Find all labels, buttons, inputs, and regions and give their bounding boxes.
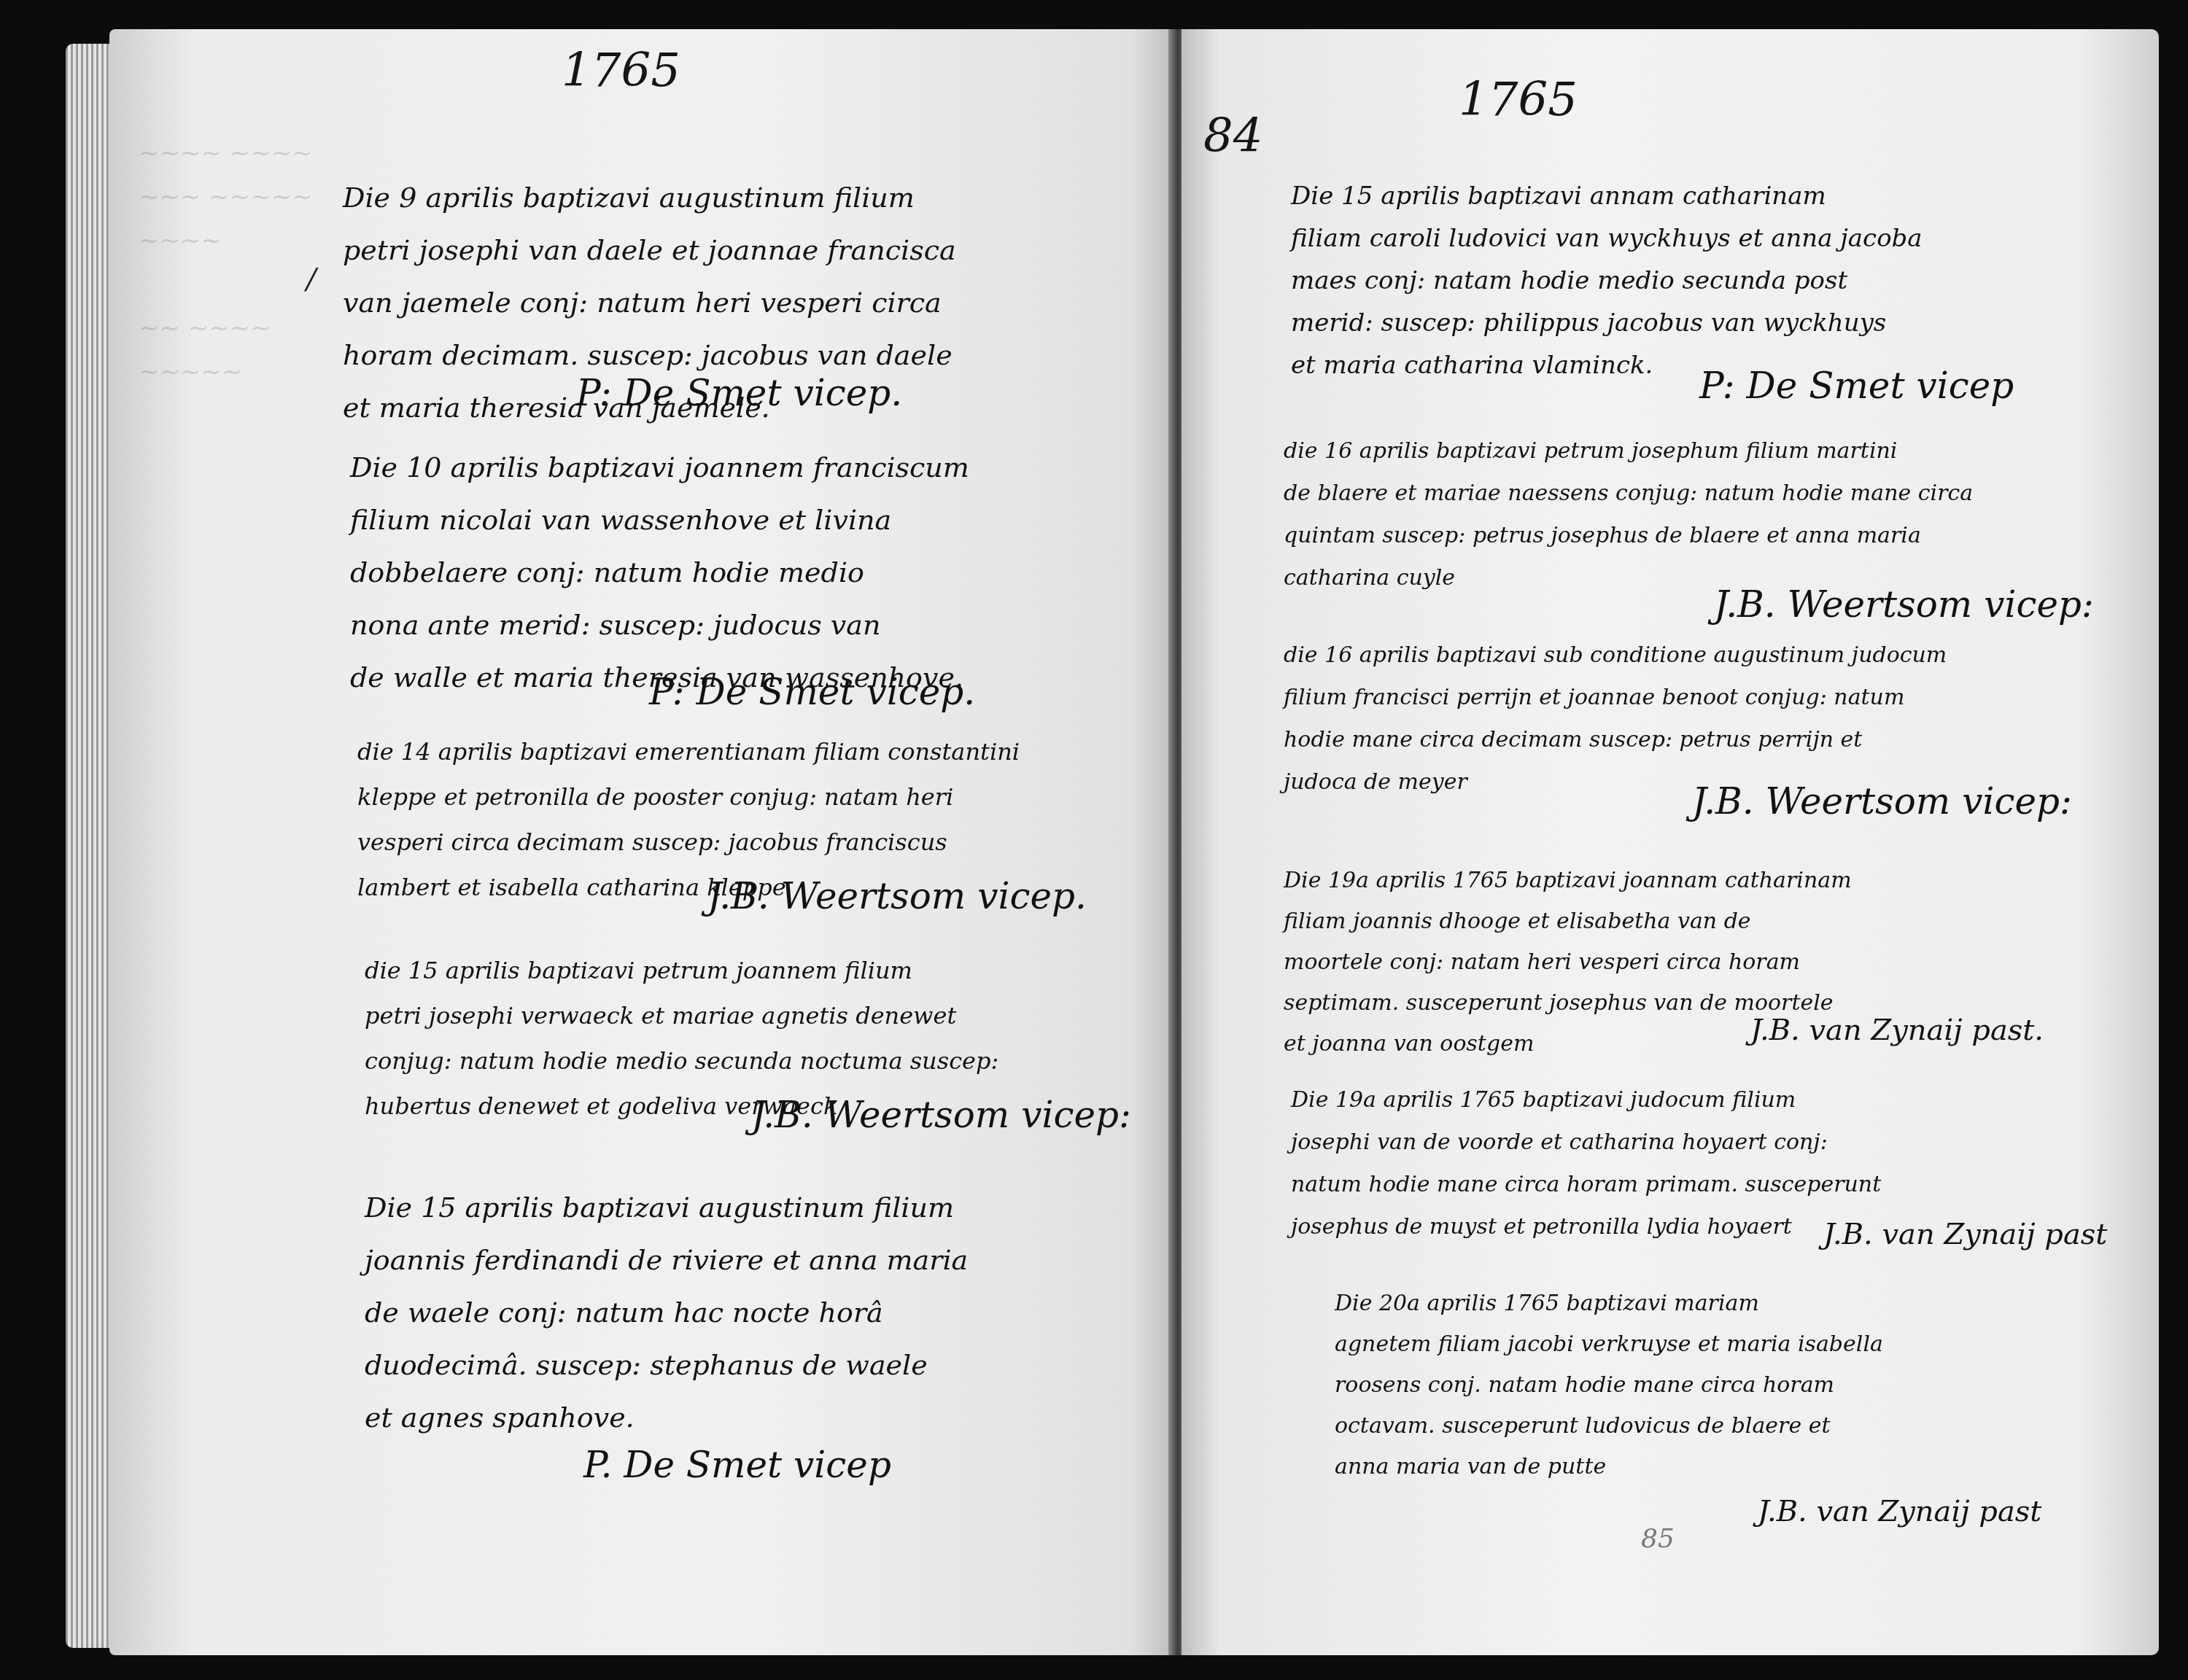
entry-9-signature: J.B. van Zynaij past. <box>1750 1014 2044 1047</box>
left-page: 1765 ~~~~ ~~~~~~~ ~~~~~~~~~~~ ~~~~~~~~~ … <box>109 29 1174 1655</box>
page-number: 84 <box>1203 109 1262 163</box>
baptism-entry-5: Die 15 aprilis baptizavi augustinum fili… <box>365 1181 968 1444</box>
entry-5-signature: P. De Smet vicep <box>583 1444 891 1486</box>
entry-4-signature: J.B. Weertsom vicep: <box>751 1094 1131 1136</box>
entry-3-signature: J.B. Weertsom vicep. <box>707 875 1087 917</box>
entry-6-signature: P: De Smet vicep <box>1699 365 2014 407</box>
open-register-book: 1765 ~~~~ ~~~~~~~ ~~~~~~~~~~~ ~~~~~~~~~ … <box>66 29 2166 1662</box>
right-page: 84 1765 Die 15 aprilis baptizavi annam c… <box>1182 29 2159 1655</box>
entry-8-signature: J.B. Weertsom vicep: <box>1692 780 2072 822</box>
entry-10-signature: J.B. van Zynaij past <box>1823 1218 2107 1251</box>
baptism-entry-2: Die 10 aprilis baptizavi joannem francis… <box>350 441 969 704</box>
left-page-year: 1765 <box>562 44 680 98</box>
footer-page-number: 85 <box>1641 1524 1675 1554</box>
entry-2-signature: P: De Smet vicep. <box>649 671 975 713</box>
right-page-year: 1765 <box>1459 73 1578 127</box>
baptism-entry-8: die 16 aprilis baptizavi sub conditione … <box>1284 634 1947 804</box>
baptism-entry-11: Die 20a aprilis 1765 baptizavi mariam ag… <box>1335 1283 1883 1487</box>
baptism-entry-6: Die 15 aprilis baptizavi annam catharina… <box>1291 175 1923 386</box>
margin-mark: / <box>306 262 316 296</box>
entry-1-signature: P: De Smet vicep. <box>576 372 902 414</box>
entry-7-signature: J.B. Weertsom vicep: <box>1714 583 2094 626</box>
bleed-through-text: ~~~~ ~~~~~~~ ~~~~~~~~~~~ ~~~~~~~~~ <box>139 131 357 394</box>
entry-11-signature: J.B. van Zynaij past <box>1758 1495 2041 1528</box>
baptism-entry-10: Die 19a aprilis 1765 baptizavi judocum f… <box>1291 1079 1881 1248</box>
baptism-entry-7: die 16 aprilis baptizavi petrum josephum… <box>1284 430 1973 599</box>
